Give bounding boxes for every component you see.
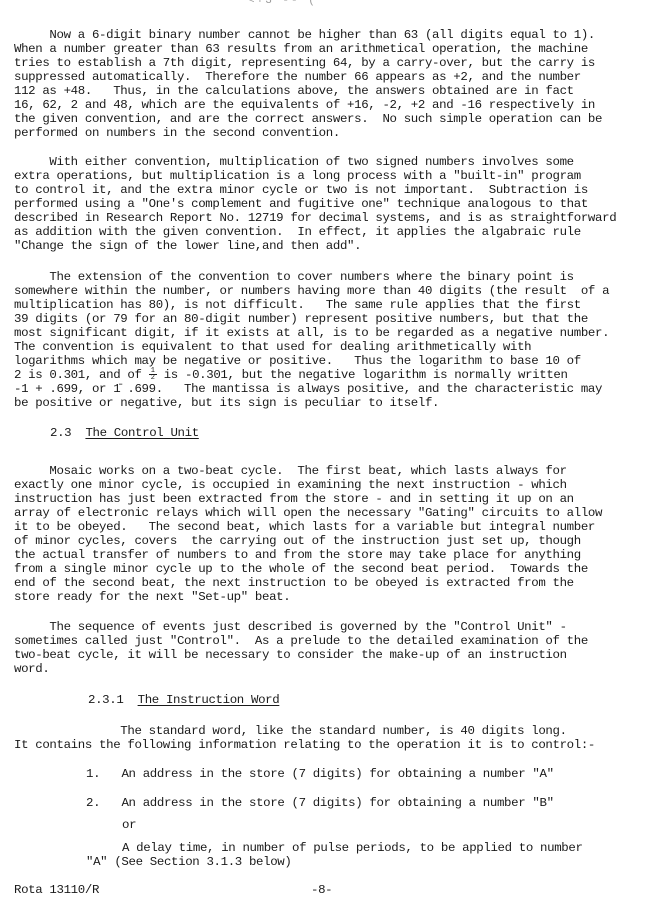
text-line: The standard word, like the standard num… (14, 724, 567, 738)
list-delay-line-1: A delay time, in number of pulse periods… (122, 841, 583, 855)
section-number: 2.3 (50, 426, 71, 440)
section-title: The Instruction Word (138, 693, 280, 707)
text-line: the given convention, and are the correc… (14, 112, 602, 126)
fraction-one-half: 12 (149, 368, 157, 381)
text-line: sometimes called just "Control". As a pr… (14, 634, 588, 648)
text-line: word. (14, 662, 49, 676)
header-handwriting: <+3 -- ( (248, 0, 317, 8)
text-line: performed using a "One's complement and … (14, 197, 588, 211)
text-line: from a single minor cycle up to the whol… (14, 562, 588, 576)
text-line: array of electronic relays which will op… (14, 506, 602, 520)
text-line: logarithms which may be negative or posi… (14, 354, 581, 368)
section-title: The Control Unit (85, 426, 198, 440)
list-number: 1. (86, 767, 100, 781)
text-line: suppressed automatically. Therefore the … (14, 70, 581, 84)
section-number: 2.3.1 (88, 693, 123, 707)
text-line: It contains the following information re… (14, 738, 595, 752)
text-segment: 2 is 0.301, and of (14, 368, 149, 382)
text-line: to control it, and the extra minor cycle… (14, 183, 588, 197)
text-line: somewhere within the number, or numbers … (14, 284, 609, 298)
text-line: 39 digits (or 79 for an 80-digit number)… (14, 312, 588, 326)
section-heading-2-3-1: 2.3.1 The Instruction Word (88, 693, 279, 707)
text-line: Now a 6-digit binary number cannot be hi… (14, 28, 595, 42)
fraction-denominator: 2 (149, 375, 157, 381)
document-reference: Rota 13110/R (14, 883, 99, 897)
section-heading-2-3: 2.3 The Control Unit (50, 426, 199, 440)
list-or: or (122, 818, 136, 832)
list-number: 2. (86, 796, 100, 810)
text-line-with-fraction: 2 is 0.301, and of 12 is -0.301, but the… (14, 368, 568, 382)
page-number: -8- (311, 883, 332, 897)
text-line: as addition with the given convention. I… (14, 225, 581, 239)
text-line: the actual transfer of numbers to and fr… (14, 548, 581, 562)
text-line: With either convention, multiplication o… (14, 155, 574, 169)
text-line: multiplication has 80), is not difficult… (14, 298, 581, 312)
text-line: exactly one minor cycle, is occupied in … (14, 478, 567, 492)
text-line: instruction has just been extracted from… (14, 492, 574, 506)
list-text: An address in the store (7 digits) for o… (121, 796, 553, 810)
text-line: 112 as +48. Thus, in the calculations ab… (14, 84, 574, 98)
text-line: end of the second beat, the next instruc… (14, 576, 574, 590)
text-line: 16, 62, 2 and 48, which are the equivale… (14, 98, 595, 112)
list-item-1: 1. An address in the store (7 digits) fo… (86, 767, 554, 781)
list-text: An address in the store (7 digits) for o… (121, 767, 553, 781)
text-line: Mosaic works on a two-beat cycle. The fi… (14, 464, 567, 478)
text-line: performed on numbers in the second conve… (14, 126, 340, 140)
text-line: described in Research Report No. 12719 f… (14, 211, 616, 225)
list-item-2: 2. An address in the store (7 digits) fo… (86, 796, 554, 810)
text-line: extra operations, but multiplication is … (14, 169, 581, 183)
text-line: "Change the sign of the lower line,and t… (14, 239, 361, 253)
text-line: The sequence of events just described is… (14, 620, 567, 634)
text-line: of minor cycles, covers the carrying out… (14, 534, 581, 548)
text-line: The extension of the convention to cover… (14, 270, 574, 284)
text-segment: is -0.301, but the negative logarithm is… (157, 368, 568, 382)
text-line: -1 + .699, or 1̄ .699. The mantissa is a… (14, 382, 602, 396)
text-line: two-beat cycle, it will be necessary to … (14, 648, 567, 662)
text-line: most significant digit, if it exists at … (14, 326, 609, 340)
text-line: The convention is equivalent to that use… (14, 340, 531, 354)
text-line: store ready for the next "Set-up" beat. (14, 590, 290, 604)
text-line: tries to establish a 7th digit, represen… (14, 56, 595, 70)
text-line: be positive or negative, but its sign is… (14, 396, 439, 410)
text-line: When a number greater than 63 results fr… (14, 42, 588, 56)
document-page: <+3 -- ( Now a 6-digit binary number can… (0, 0, 650, 913)
text-line: it to be obeyed. The second beat, which … (14, 520, 595, 534)
list-delay-line-2: "A" (See Section 3.1.3 below) (86, 855, 291, 869)
